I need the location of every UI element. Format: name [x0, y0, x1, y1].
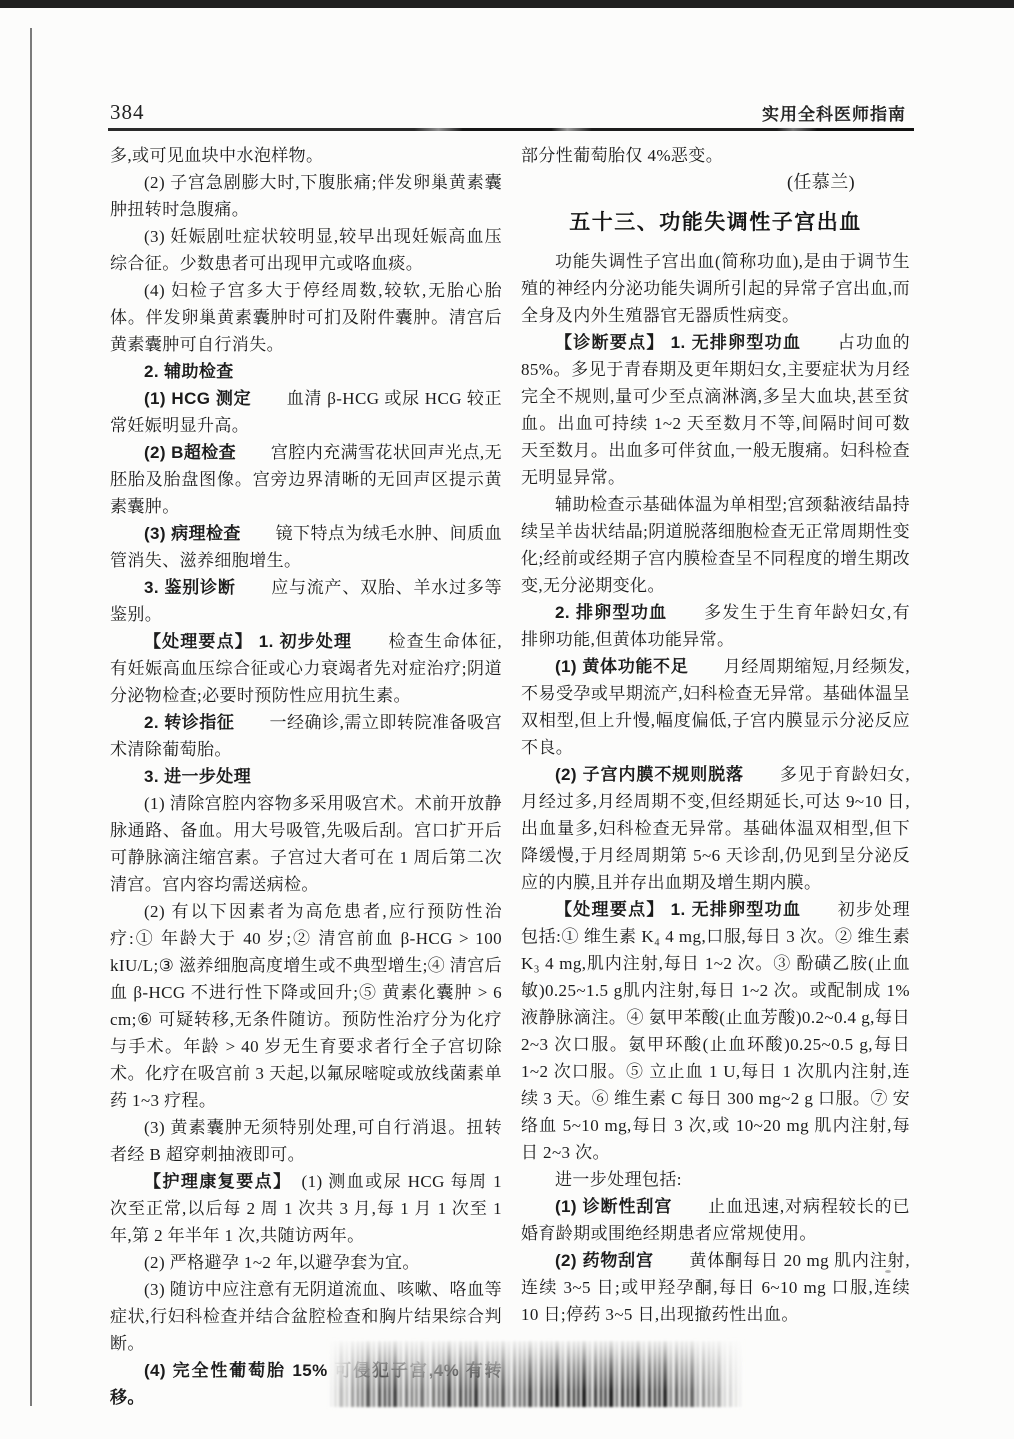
body-paragraph: 2. 辅助检查 — [110, 358, 502, 385]
paragraph-text: (2) 严格避孕 1~2 年,以避孕套为宜。 — [144, 1253, 420, 1272]
body-paragraph: (1) 诊断性刮宫 止血迅速,对病程较长的已婚育龄期或围绝经期患者应常规使用。 — [521, 1193, 910, 1247]
body-paragraph: 3. 进一步处理 — [110, 763, 502, 790]
body-paragraph: (2) 有以下因素者为高危患者,应行预防性治疗:① 年龄大于 40 岁;② 清宫… — [110, 898, 502, 1114]
run-in-heading: 3. 进一步处理 — [144, 767, 251, 786]
body-paragraph: 【诊断要点】 1. 无排卵型功血 占功血的 85%。多见于青春期及更年期妇女,主… — [521, 329, 910, 491]
run-in-heading: 【处理要点】 1. 无排卵型功血 — [555, 900, 801, 919]
paragraph-text: (2) 子宫急剧膨大时,下腹胀痛;伴发卵巢黄素囊肿扭转时急腹痛。 — [110, 173, 502, 219]
running-head-title: 实用全科医师指南 — [762, 100, 906, 125]
paragraph-text: (2) 有以下因素者为高危患者,应行预防性治疗:① 年龄大于 40 岁;② 清宫… — [110, 902, 502, 1110]
section-heading: 五十三、功能失调性子宫出血 — [521, 209, 910, 236]
run-in-heading: 2. 排卵型功血 — [555, 603, 667, 622]
run-in-heading: (2) 药物刮宫 — [555, 1251, 654, 1270]
body-paragraph: (4) 妇检子宫多大于停经周数,较软,无胎心胎体。伴发卵巢黄素囊肿时可扪及附件囊… — [110, 277, 502, 358]
scan-edge-top — [0, 0, 1014, 8]
paragraph-text: (4) 妇检子宫多大于停经周数,较软,无胎心胎体。伴发卵巢黄素囊肿时可扪及附件囊… — [110, 281, 502, 354]
run-in-heading: (1) HCG 测定 — [144, 389, 251, 408]
run-in-heading: (1) 黄体功能不足 — [555, 657, 688, 676]
run-in-heading: (1) 诊断性刮宫 — [555, 1197, 672, 1216]
body-paragraph: (2) 子宫内膜不规则脱落 多见于育龄妇女,月经过多,月经周期不变,但经期延长,… — [521, 761, 910, 896]
paragraph-text: 多,或可见血块中水泡样物。 — [110, 146, 323, 165]
body-paragraph: (2) 药物刮宫 黄体酮每日 20 mg 肌内注射,连续 3~5 日;或甲羟孕酮… — [521, 1247, 910, 1328]
run-in-heading: (3) 病理检查 — [144, 524, 241, 543]
body-paragraph: 进一步处理包括: — [521, 1166, 910, 1193]
paragraph-text: 占功血的 85%。多见于青春期及更年期妇女,主要症状为月经完全不规则,量可少至点… — [521, 333, 910, 487]
author-attribution: (任慕兰) — [521, 169, 910, 196]
body-paragraph: (3) 病理检查 镜下特点为绒毛水肿、间质血管消失、滋养细胞增生。 — [110, 520, 502, 574]
body-paragraph: 2. 排卵型功血 多发生于生育年龄妇女,有排卵功能,但黄体功能异常。 — [521, 599, 910, 653]
page-number: 384 — [110, 100, 145, 125]
body-paragraph: (3) 黄素囊肿无须特别处理,可自行消退。扭转者经 B 超穿刺抽液即可。 — [110, 1114, 502, 1168]
run-in-heading: 2. 辅助检查 — [144, 362, 234, 381]
scan-speck — [885, 1270, 891, 1273]
run-in-heading: (2) 子宫内膜不规则脱落 — [555, 765, 744, 784]
body-paragraph: 3. 鉴别诊断 应与流产、双胎、羊水过多等鉴别。 — [110, 574, 502, 628]
run-in-heading: 2. 转诊指征 — [144, 713, 234, 732]
paragraph-text: 多见于育龄妇女,月经过多,月经周期不变,但经期延长,可达 9~10 日,出血量多… — [521, 765, 910, 892]
body-paragraph: 【护理康复要点】 (1) 测血或尿 HCG 每周 1 次至正常,以后每 2 周 … — [110, 1168, 502, 1249]
body-paragraph: (1) HCG 测定 血清 β-HCG 或尿 HCG 较正常妊娠明显升高。 — [110, 385, 502, 439]
paragraph-text: (3) 黄素囊肿无须特别处理,可自行消退。扭转者经 B 超穿刺抽液即可。 — [110, 1118, 502, 1164]
left-column: 多,或可见血块中水泡样物。 (2) 子宫急剧膨大时,下腹胀痛;伴发卵巢黄素囊肿扭… — [110, 142, 502, 1411]
run-in-heading: 3. 鉴别诊断 — [144, 578, 236, 597]
body-paragraph: 辅助检查示基础体温为单相型;宫颈黏液结晶持续呈羊齿状结晶;阴道脱落细胞检查无正常… — [521, 491, 910, 599]
body-paragraph: (2) 严格避孕 1~2 年,以避孕套为宜。 — [110, 1249, 502, 1276]
header-rule — [108, 128, 914, 131]
right-column: 部分性葡萄胎仅 4%恶变。 (任慕兰) 五十三、功能失调性子宫出血 功能失调性子… — [521, 142, 910, 1328]
paragraph-text: 辅助检查示基础体温为单相型;宫颈黏液结晶持续呈羊齿状结晶;阴道脱落细胞检查无正常… — [521, 495, 910, 595]
scan-speck — [899, 1257, 902, 1260]
body-paragraph: 【处理要点】 1. 初步处理 检查生命体征,有妊娠高血压综合征或心力衰竭者先对症… — [110, 628, 502, 709]
scan-line-left — [30, 28, 32, 1406]
paragraph-text: (1) 清除宫腔内容物多采用吸宫术。术前开放静脉通路、备血。用大号吸管,先吸后刮… — [110, 794, 502, 894]
scan-noise-band — [330, 1341, 742, 1407]
body-paragraph: (1) 黄体功能不足 月经周期缩短,月经频发,不易受孕或早期流产,妇科检查无异常… — [521, 653, 910, 761]
body-paragraph: (2) 子宫急剧膨大时,下腹胀痛;伴发卵巢黄素囊肿扭转时急腹痛。 — [110, 169, 502, 223]
run-in-heading: 【诊断要点】 1. 无排卵型功血 — [555, 333, 801, 352]
body-paragraph: 功能失调性子宫出血(简称功血),是由于调节生殖的神经内分泌功能失调所引起的异常子… — [521, 248, 910, 329]
paragraph-text: 初步处理包括:① 维生素 K₄ 4 mg,口服,每日 3 次。② 维生素 K₃ … — [521, 900, 910, 1162]
page-header: 384 实用全科医师指南 — [110, 97, 906, 125]
book-page: 384 实用全科医师指南 多,或可见血块中水泡样物。 (2) 子宫急剧膨大时,下… — [0, 0, 1014, 1439]
run-in-heading: 【护理康复要点】 — [144, 1172, 283, 1191]
body-paragraph: 部分性葡萄胎仅 4%恶变。 — [521, 142, 910, 169]
paragraph-text: (3) 妊娠剧吐症状较明显,较早出现妊娠高血压综合征。少数患者可出现甲亢或咯血痰… — [110, 227, 502, 273]
body-paragraph: 【处理要点】 1. 无排卵型功血 初步处理包括:① 维生素 K₄ 4 mg,口服… — [521, 896, 910, 1166]
paragraph-text: 进一步处理包括: — [555, 1170, 682, 1189]
run-in-heading: (2) B超检查 — [144, 443, 236, 462]
run-in-heading: 【处理要点】 1. 初步处理 — [144, 632, 352, 651]
body-paragraph: 2. 转诊指征 一经确诊,需立即转院准备吸宫术清除葡萄胎。 — [110, 709, 502, 763]
paragraph-text: 功能失调性子宫出血(简称功血),是由于调节生殖的神经内分泌功能失调所引起的异常子… — [521, 252, 910, 325]
body-paragraph: (3) 妊娠剧吐症状较明显,较早出现妊娠高血压综合征。少数患者可出现甲亢或咯血痰… — [110, 223, 502, 277]
body-paragraph: (1) 清除宫腔内容物多采用吸宫术。术前开放静脉通路、备血。用大号吸管,先吸后刮… — [110, 790, 502, 898]
body-paragraph: 多,或可见血块中水泡样物。 — [110, 142, 502, 169]
body-paragraph: (2) B超检查 宫腔内充满雪花状回声光点,无胚胎及胎盘图像。宫旁边界清晰的无回… — [110, 439, 502, 520]
